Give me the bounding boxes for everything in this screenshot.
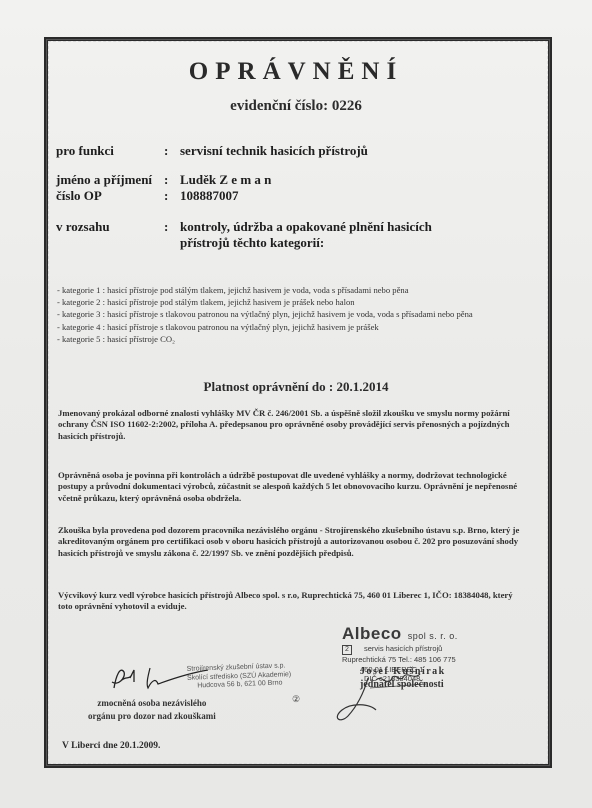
field-label: číslo OP [56,188,102,204]
category-item: - kategorie 4 : hasicí přístroje s tlako… [57,321,473,333]
paragraph-examination: Zkouška byla provedena pod dozorem praco… [58,525,528,559]
field-label: v rozsahu [56,219,110,235]
field-colon: : [164,172,168,188]
document-title: OPRÁVNĚNÍ [0,58,592,86]
institute-stamp: Strojírenský zkušební ústav s.p. Školící… [187,662,292,691]
registration-number: evidenční číslo: 0226 [0,98,592,115]
field-label: jméno a příjmení [56,172,152,188]
stamp-line: Ruprechtická 75 Tel.: 485 106 775 [342,655,492,665]
signatory-role: jednatel společnosti [360,678,446,691]
stamp-line: servis hasicích přístrojů [364,644,442,653]
field-colon: : [164,188,168,204]
signatory-line: zmocněná osoba nezávislého [88,697,216,710]
field-value: Luděk Z e m a n [180,172,271,188]
field-label: pro funkci [56,143,114,159]
category-item: - kategorie 5 : hasicí přístroje CO₂ [57,333,473,345]
category-item: - kategorie 3 : hasicí přístroje s tlako… [57,308,473,320]
field-value: servisní technik hasicích přístrojů [180,143,368,159]
field-colon: : [164,219,168,235]
category-list: - kategorie 1 : hasicí přístroje pod stá… [57,284,473,345]
field-value-line2: přístrojů těchto kategorií: [180,235,324,251]
paragraph-obligations: Oprávněná osoba je povinna při kontrolác… [58,470,528,504]
stamp-mark: ② [292,694,300,705]
stamp-brand: Albecospol s. r. o. [342,624,492,644]
signatory-right: Josef Kušnírak jednatel společnosti [360,665,446,691]
signatory-line: orgánu pro dozor nad zkouškami [88,710,216,723]
signatory-name: Josef Kušnírak [360,665,446,678]
stamp-box-number: 2 [342,645,352,655]
signatory-left: zmocněná osoba nezávislého orgánu pro do… [88,697,216,723]
category-item: - kategorie 1 : hasicí přístroje pod stá… [57,284,473,296]
field-value: kontroly, údržba a opakované plnění hasi… [180,219,432,235]
category-item: - kategorie 2 : hasicí přístroje pod stá… [57,296,473,308]
validity-date: Platnost oprávnění do : 20.1.2014 [0,379,592,395]
field-colon: : [164,143,168,159]
paragraph-course: Výcvikový kurz vedl výrobce hasicích pří… [58,590,528,613]
paragraph-qualification: Jmenovaný prokázal odborné znalosti vyhl… [58,408,528,442]
field-value: 108887007 [180,188,239,204]
place-date: V Liberci dne 20.1.2009. [62,741,160,751]
